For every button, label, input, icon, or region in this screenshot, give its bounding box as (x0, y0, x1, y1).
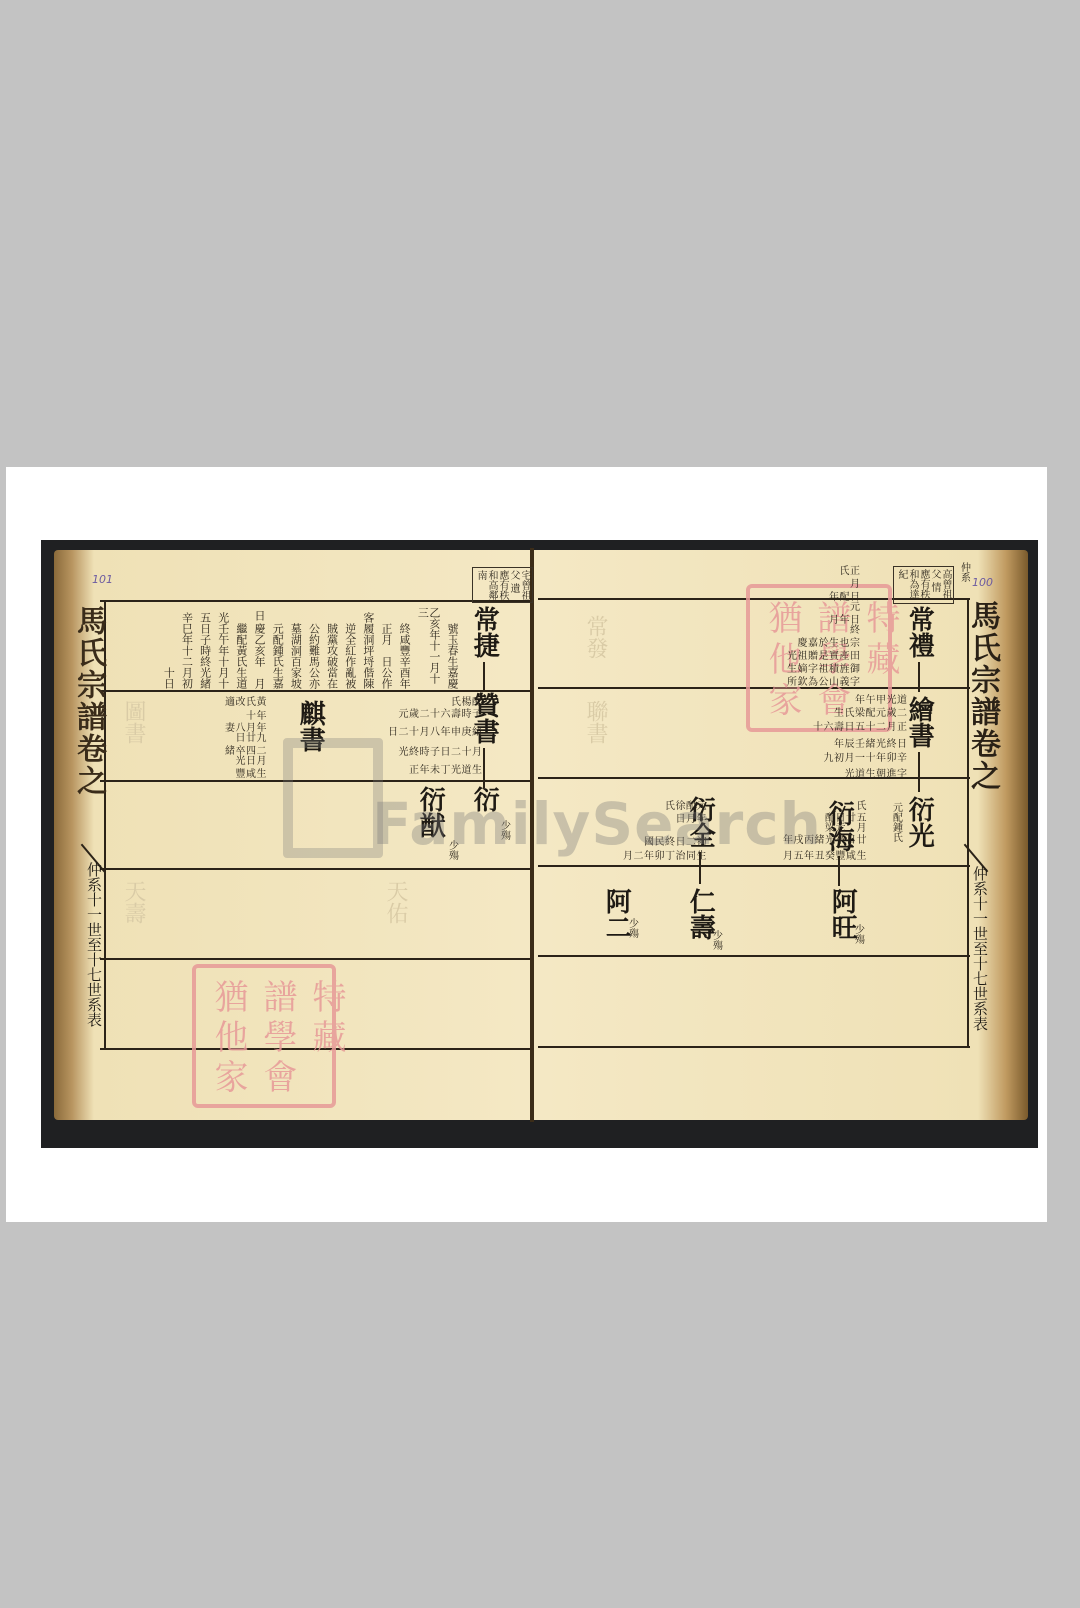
bleed-through-text: 天佑 (380, 880, 411, 924)
biography-notes: 字義山公為欽所 御旌積祖字嫡生 田產實是贈祖光 宗也生於嘉慶 日終 年 月 日元… (784, 606, 858, 686)
section-label-right: 仲系十一世至十七世系表 (970, 866, 991, 1031)
lineage-connector (918, 752, 920, 792)
spine-title-left: 馬氏宗譜卷之 (66, 605, 110, 845)
bleed-through-text: 聯書 (580, 700, 611, 744)
bleed-through-text: 天壽 (118, 880, 149, 924)
lineage-connector (918, 662, 920, 692)
died-young-note: 少殤 (852, 924, 863, 944)
corner-label: 仲系 (958, 562, 969, 582)
collector-seal: 猶譜特 他學藏 家會 (192, 964, 336, 1108)
person-name: 繪書 (905, 696, 932, 748)
biography-notes: 生咸豐 二月四日卒光緒 年九月廿八日妻 年十 黃氏改適 (222, 696, 264, 778)
spouse-note: 元配鍾氏 (890, 802, 901, 842)
header-line: 和為達紀 (896, 569, 918, 599)
bleed-through-text: 圖書 (118, 700, 149, 744)
section-label-left: 仲系十一世至十七世系表 (84, 862, 105, 1027)
person-name: 常禮 (905, 606, 932, 658)
biography-notes: 字進朝生道光 辛卯年十一月初九 日終光緒壬辰年 正月二十五日壽六十 二歲元配梁氏… (810, 694, 905, 778)
header-line: 和高鄰南 (475, 570, 497, 600)
died-young-note: 少殤 (710, 930, 721, 950)
rule-line (100, 600, 530, 602)
rule-line (100, 868, 530, 870)
rule-line (100, 690, 530, 692)
familysearch-logo-icon (283, 738, 383, 858)
bleed-through-text: 常發 (580, 615, 611, 659)
biography-notes: 號玉春生嘉慶 乙亥年十一月十三 終咸豐辛酉年 正月 日公作 客履洞坪埒偕陳 逆全… (158, 607, 458, 689)
person-name: 常捷 (470, 606, 497, 658)
rule-line (538, 955, 970, 957)
died-young-note: 少殤 (626, 918, 637, 938)
page-number-left: 101 (92, 573, 113, 586)
spine-title-right: 馬氏宗譜卷之 (960, 600, 1004, 850)
person-name: 衍光 (905, 796, 932, 848)
familysearch-watermark: FamilySearch (372, 790, 822, 858)
lineage-connector (483, 662, 485, 690)
lineage-connector (483, 748, 485, 788)
rule-line (538, 1046, 970, 1048)
rule-line (100, 958, 530, 960)
rule-line (538, 865, 970, 867)
biography-notes: 生道光丁未年正 月十二日子時終光 緒庚申年八月十二日 子時壽六十二歲元 配楊氏 (385, 696, 480, 778)
header-box-left: 宅曾祖父 遺應有秩 和高鄰南 (472, 567, 533, 603)
page-number-right: 100 (972, 576, 993, 589)
